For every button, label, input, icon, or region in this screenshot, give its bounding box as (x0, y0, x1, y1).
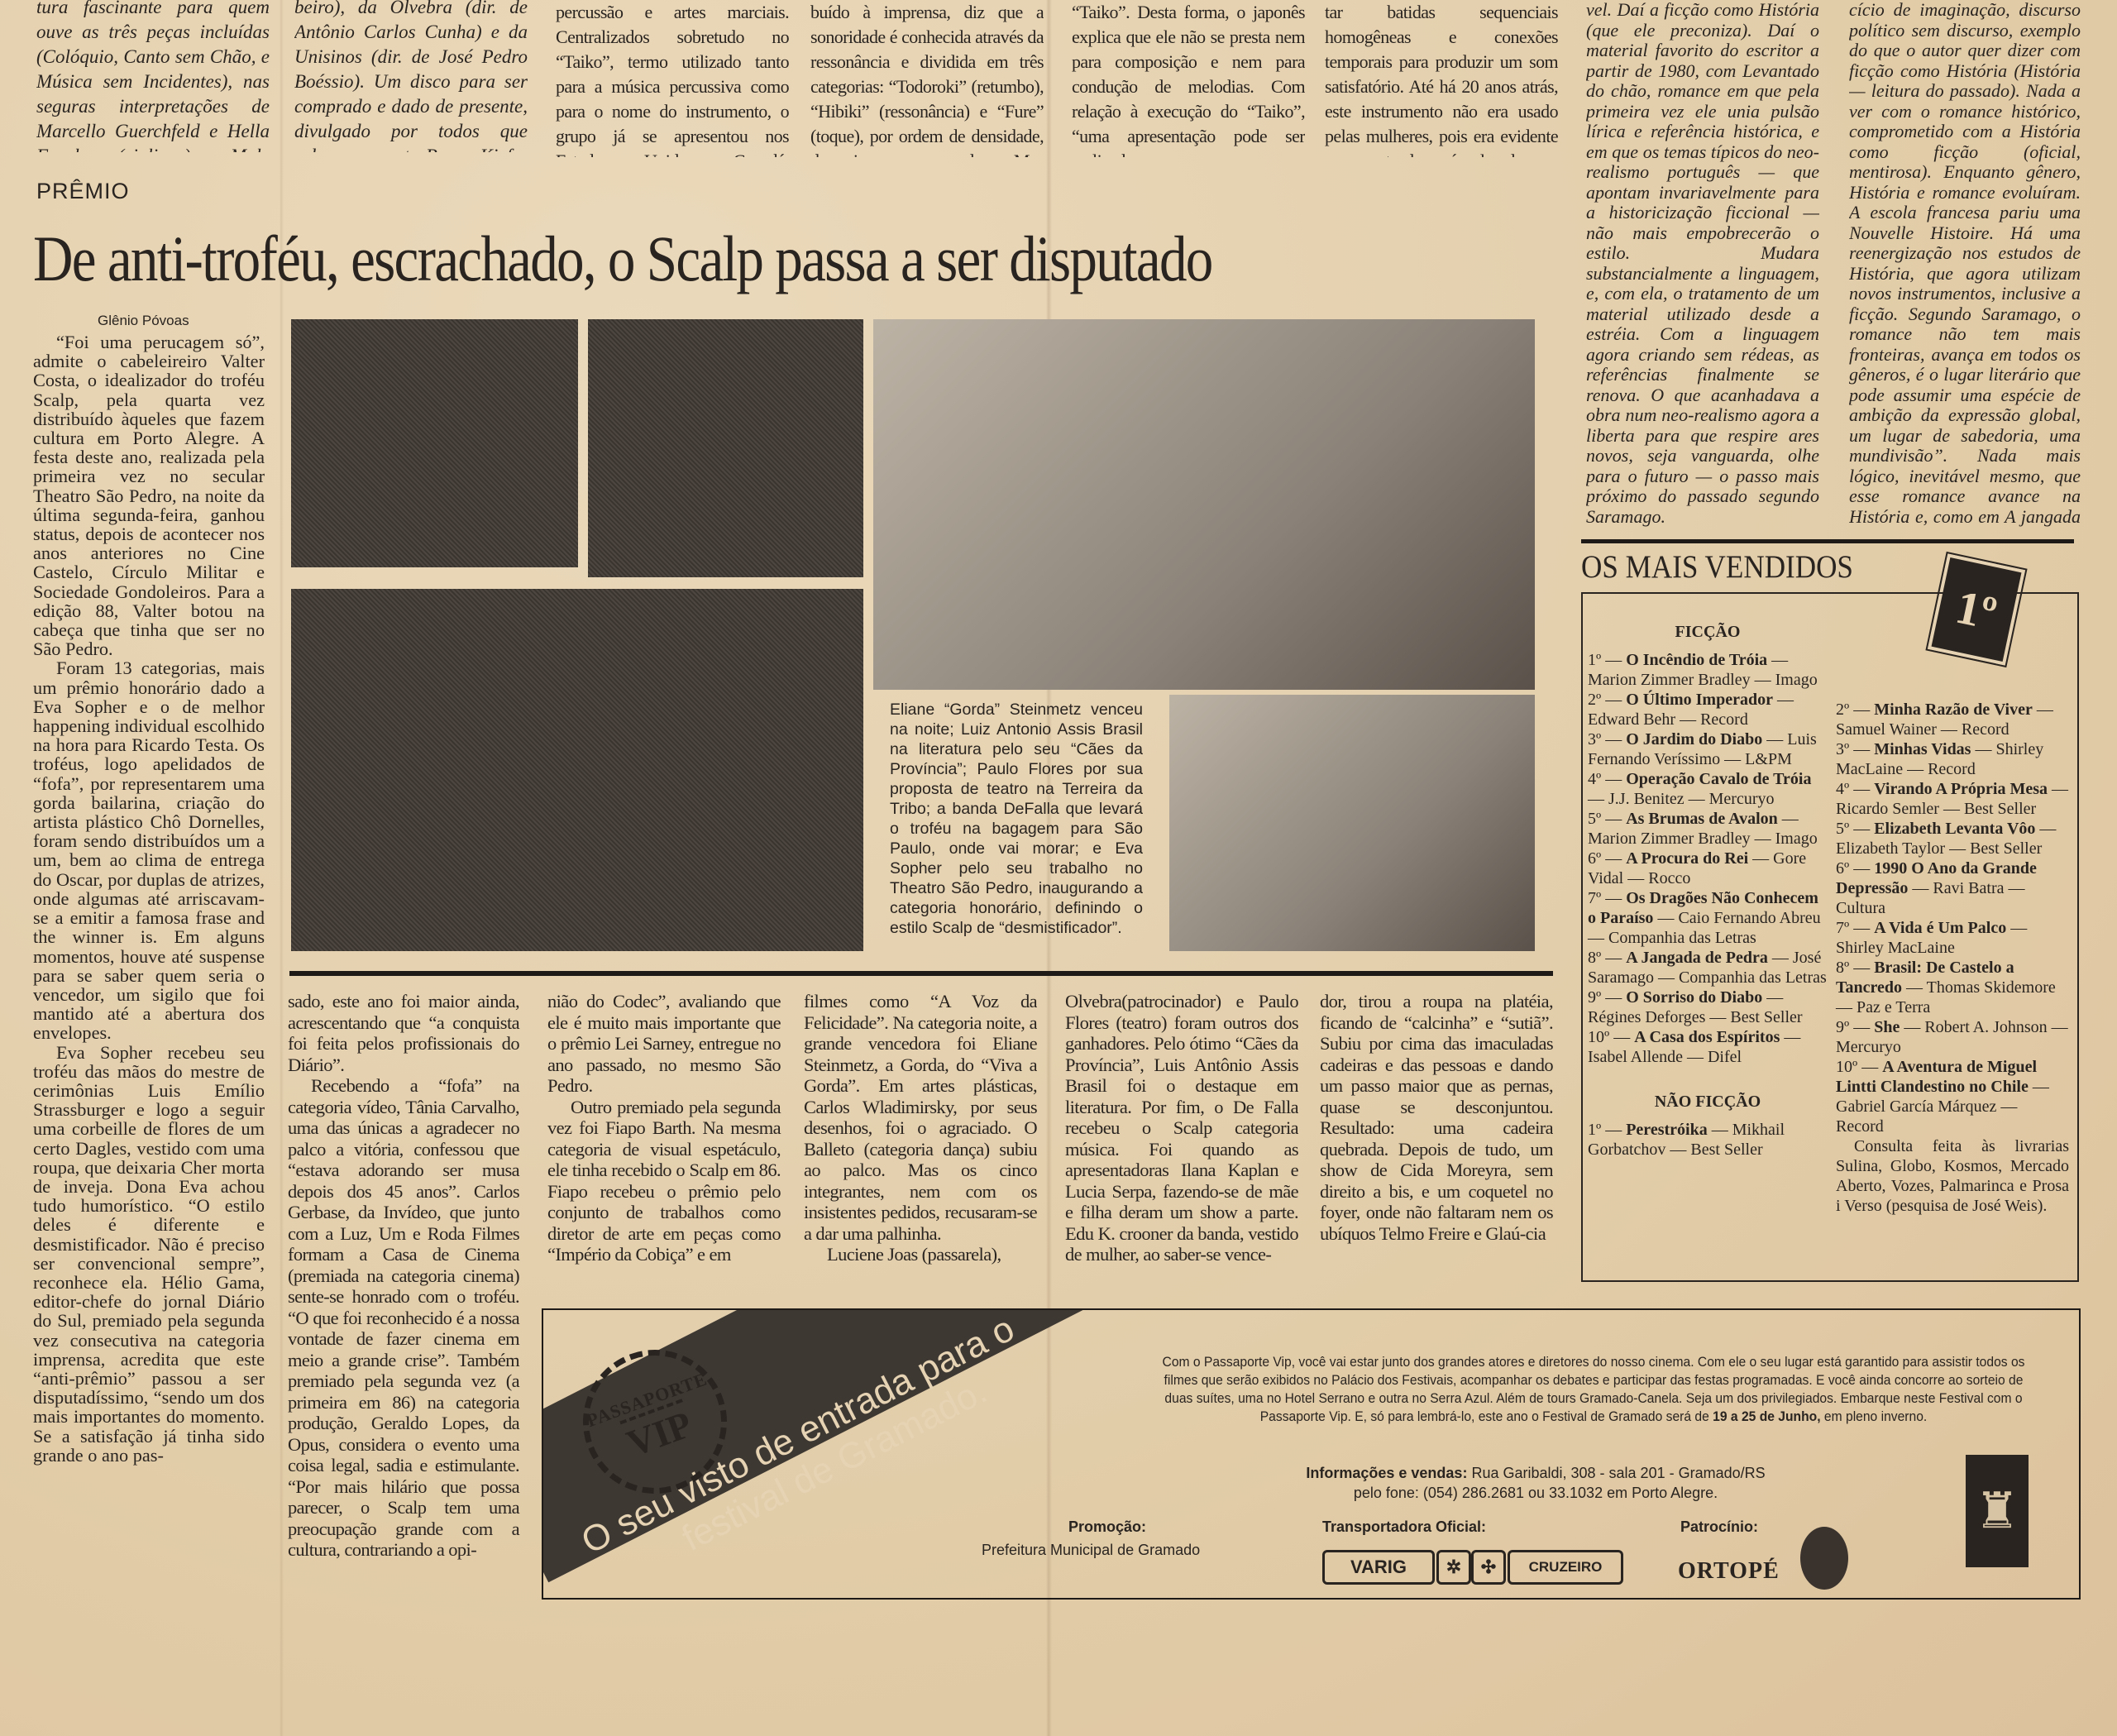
varig-logo: VARIG (1322, 1550, 1435, 1585)
bestseller-item: 2º — Minha Razão de Viver — Samuel Waine… (1836, 700, 2069, 739)
rank: 5º — (1836, 820, 1874, 838)
rank: 6º — (1836, 859, 1874, 878)
book-title: A Vida é Um Palco (1874, 919, 2006, 937)
bestseller-item: 9º — She — Robert A. Johnson — Mercuryo (1836, 1017, 2069, 1057)
passaporte-vip-ad: O seu visto de entrada para o festival d… (542, 1308, 2081, 1600)
rank: 9º — (1588, 988, 1626, 1007)
bestseller-item: 4º — Virando A Própria Mesa — Ricardo Se… (1836, 779, 2069, 819)
text: “Todo futuro es fabuloso”, a epígrafe de… (1586, 527, 1819, 529)
paragraph: dor, tirou a roupa na platéia, ficando d… (1320, 991, 1553, 1244)
nonfiction-list: 2º — Minha Razão de Viver — Samuel Waine… (1836, 700, 2069, 1216)
bestseller-item: 6º — 1990 O Ano da Grande Depressão — Ra… (1836, 858, 2069, 918)
paragraph: Luciene Joas (passarela), (804, 1244, 1037, 1265)
book-title: Elizabeth Levanta Vôo (1874, 820, 2035, 838)
bestseller-item: 8º — A Jangada de Pedra — José Saramago … (1588, 948, 1828, 988)
article-col-4: filmes como “A Voz da Felicidade”. Na ca… (804, 991, 1037, 1297)
text: buído à imprensa, diz que a sonoridade é… (810, 0, 1044, 157)
author-publisher: — J.J. Benitez — Mercuryo (1588, 790, 1775, 808)
article-col-2: sado, este ano foi maior ainda, acrescen… (288, 991, 519, 1561)
rank: 4º — (1836, 780, 1874, 798)
source-note: Consulta feita às livrarias Sulina, Glob… (1836, 1136, 2069, 1216)
cruzeiro-cross-icon: ✣ (1471, 1550, 1506, 1585)
top-col-6: tar batidas sequenciais homogêneas e con… (1325, 0, 1558, 157)
text: tar batidas sequenciais homogêneas e con… (1325, 0, 1558, 157)
rank: 10º — (1588, 1028, 1634, 1046)
photo-caption: Eliane “Gorda” Steinmetz venceu na noite… (890, 700, 1143, 938)
book-title: O Sorriso do Diabo (1626, 988, 1762, 1007)
promo-value: Prefeitura Municipal de Gramado (982, 1542, 1200, 1559)
bestseller-item: 10º — A Aventura de Miguel Lintti Clande… (1836, 1057, 2069, 1136)
bestseller-item: 7º — Os Dragões Não Conhecem o Paraíso —… (1588, 888, 1828, 948)
festival-dates: 19 a 25 de Junho, (1713, 1408, 1820, 1424)
cruzeiro-logo: CRUZEIRO (1508, 1550, 1623, 1585)
info-phone: pelo fone: (054) 286.2681 ou 33.1032 em … (1354, 1485, 1718, 1501)
rank: 7º — (1836, 919, 1874, 937)
paragraph: sado, este ano foi maior ainda, acrescen… (288, 991, 519, 1075)
top-col-1: tura fascinante para quem ouve as três p… (36, 0, 270, 152)
text: vel. Daí a ficção como História (que ele… (1586, 0, 1819, 527)
text: beiro), da Olvebra (dir. de Antônio Carl… (294, 0, 528, 152)
bestseller-item: 5º — As Brumas de Avalon — Marion Zimmer… (1588, 809, 1828, 849)
rank: 3º — (1836, 740, 1874, 758)
book-title: O Último Imperador (1626, 691, 1773, 709)
book-title: O Jardim do Diabo (1626, 730, 1762, 748)
article-col-3: nião do Codec”, avaliando que ele é muit… (547, 991, 781, 1265)
article-col-1: “Foi uma perucagem só”, admite o cabelei… (33, 332, 265, 1465)
ortope-logo: ORTOPÉ (1678, 1558, 1780, 1585)
ad-body-text: em pleno inverno. (1824, 1408, 1927, 1424)
photo-band-defalla (873, 319, 1535, 690)
bestsellers-title: OS MAIS VENDIDOS (1581, 548, 1853, 586)
bestseller-item: 10º — A Casa dos Espíritos — Isabel Alle… (1588, 1027, 1828, 1067)
paragraph: Outro premiado pela segunda vez foi Fiap… (547, 1097, 781, 1265)
top-col-5: “Taiko”. Desta forma, o japonês explica … (1072, 0, 1305, 157)
fiction-list: FICÇÃO 1º — O Incêndio de Tróia — Marion… (1588, 622, 1828, 1160)
bestseller-item: 3º — Minhas Vidas — Shirley MacLaine — R… (1836, 739, 2069, 779)
book-title: O Incêndio de Tróia (1626, 651, 1767, 669)
paragraph: Eva Sopher recebeu seu troféu das mãos d… (33, 1043, 265, 1465)
rank: 6º — (1588, 849, 1626, 868)
book-title: Minha Razão de Viver (1874, 701, 2033, 719)
photo-assis-brasil (588, 319, 863, 577)
byline: Glênio Póvoas (98, 313, 189, 329)
text: cício de imaginação, discurso político s… (1849, 0, 2081, 529)
article-col-5: Olvebra(patrocinador) e Paulo Flores (te… (1065, 991, 1298, 1297)
bestseller-item: 3º — O Jardim do Diabo — Luis Fernando V… (1588, 729, 1828, 769)
rank: 2º — (1588, 691, 1626, 709)
ad-contact: Informações e vendas: Rua Garibaldi, 308… (1288, 1463, 1784, 1503)
book-title: A Procura do Rei (1626, 849, 1748, 868)
photo-eliane-steinmetz (291, 319, 578, 567)
top-col-7: vel. Daí a ficção como História (que ele… (1586, 0, 1819, 529)
book-title: Perestróika (1626, 1121, 1708, 1139)
fiction-header: FICÇÃO (1588, 622, 1828, 642)
rank: 3º — (1588, 730, 1626, 748)
rank: 1º — (1588, 651, 1626, 669)
rank: 8º — (1588, 949, 1626, 967)
paragraph: Olvebra(patrocinador) e Paulo Flores (te… (1065, 991, 1298, 1265)
bestseller-item: 9º — O Sorriso do Diabo — Régines Deforg… (1588, 988, 1828, 1027)
bestseller-item: 7º — A Vida é Um Palco — Shirley MacLain… (1836, 918, 2069, 958)
info-label: Informações e vendas: (1306, 1465, 1467, 1481)
article-col-6: dor, tirou a roupa na platéia, ficando d… (1320, 991, 1553, 1297)
paragraph: nião do Codec”, avaliando que ele é muit… (547, 991, 781, 1097)
kikito-trophy-icon: ♜ (1966, 1455, 2029, 1567)
book-title: Minhas Vidas (1874, 740, 1971, 758)
ad-body: Com o Passaporte Vip, você vai estar jun… (1160, 1353, 2028, 1426)
article-divider (289, 971, 1553, 976)
top-col-8: cício de imaginação, discurso político s… (1849, 0, 2081, 529)
bestseller-item: 6º — A Procura do Rei — Gore Vidal — Roc… (1588, 849, 1828, 888)
book-title: Operação Cavalo de Tróia (1626, 770, 1811, 788)
paragraph: Foram 13 categorias, mais um prêmio hono… (33, 658, 265, 1042)
transport-label: Transportadora Oficial: (1322, 1518, 1486, 1536)
text: “Taiko”. Desta forma, o japonês explica … (1072, 0, 1305, 157)
top-col-2: beiro), da Olvebra (dir. de Antônio Carl… (294, 0, 528, 152)
paragraph: filmes como “A Voz da Felicidade”. Na ca… (804, 991, 1037, 1244)
bestseller-item: 8º — Brasil: De Castelo a Tancredo — Tho… (1836, 958, 2069, 1017)
bestseller-item: 5º — Elizabeth Levanta Vôo — Elizabeth T… (1836, 819, 2069, 858)
rank: 9º — (1836, 1018, 1874, 1036)
paragraph: Recebendo a “fofa” na categoria vídeo, T… (288, 1075, 519, 1561)
rank: 5º — (1588, 810, 1626, 828)
book-title: As Brumas de Avalon (1626, 810, 1778, 828)
bestseller-item: 1º — O Incêndio de Tróia — Marion Zimmer… (1588, 650, 1828, 690)
section-kicker: PRÊMIO (36, 179, 130, 204)
photo-paulo-flores (291, 589, 863, 951)
article-headline: De anti-troféu, escrachado, o Scalp pass… (33, 222, 1212, 296)
text: percussão e artes marciais. Centralizado… (556, 0, 789, 157)
book-title: A Jangada de Pedra (1626, 949, 1768, 967)
book-title: She (1874, 1018, 1900, 1036)
text: tura fascinante para quem ouve as três p… (36, 0, 270, 152)
paragraph: “Foi uma perucagem só”, admite o cabelei… (33, 332, 265, 658)
photo-eva-sopher (1169, 695, 1535, 951)
info-address: Rua Garibaldi, 308 - sala 201 - Gramado/… (1471, 1465, 1765, 1481)
ortope-mascot-icon (1800, 1527, 1848, 1590)
bestseller-item: 2º — O Último Imperador — Edward Behr — … (1588, 690, 1828, 729)
top-col-4: buído à imprensa, diz que a sonoridade é… (810, 0, 1044, 157)
rank: 7º — (1588, 889, 1626, 907)
nonfiction-header: NÃO FICÇÃO (1588, 1092, 1828, 1112)
sponsor-label: Patrocínio: (1680, 1518, 1758, 1536)
promo-label: Promoção: (1068, 1518, 1146, 1536)
bestseller-item: 1º — Perestróika — Mikhail Gorbatchov — … (1588, 1120, 1828, 1160)
rank: 4º — (1588, 770, 1626, 788)
rank: 2º — (1836, 701, 1874, 719)
book-title: A Casa dos Espíritos (1634, 1028, 1780, 1046)
rank: 10º — (1836, 1058, 1882, 1076)
varig-star-icon: ✲ (1436, 1550, 1471, 1585)
book-title: Virando A Própria Mesa (1874, 780, 2048, 798)
bestseller-item: 4º — Operação Cavalo de Tróia — J.J. Ben… (1588, 769, 1828, 809)
bestsellers-top-rule (1581, 539, 2074, 543)
rank: 8º — (1836, 959, 1874, 977)
top-col-3: percussão e artes marciais. Centralizado… (556, 0, 789, 157)
bestsellers-box: FICÇÃO 1º — O Incêndio de Tróia — Marion… (1581, 592, 2079, 1282)
rank: 1º — (1588, 1121, 1626, 1139)
